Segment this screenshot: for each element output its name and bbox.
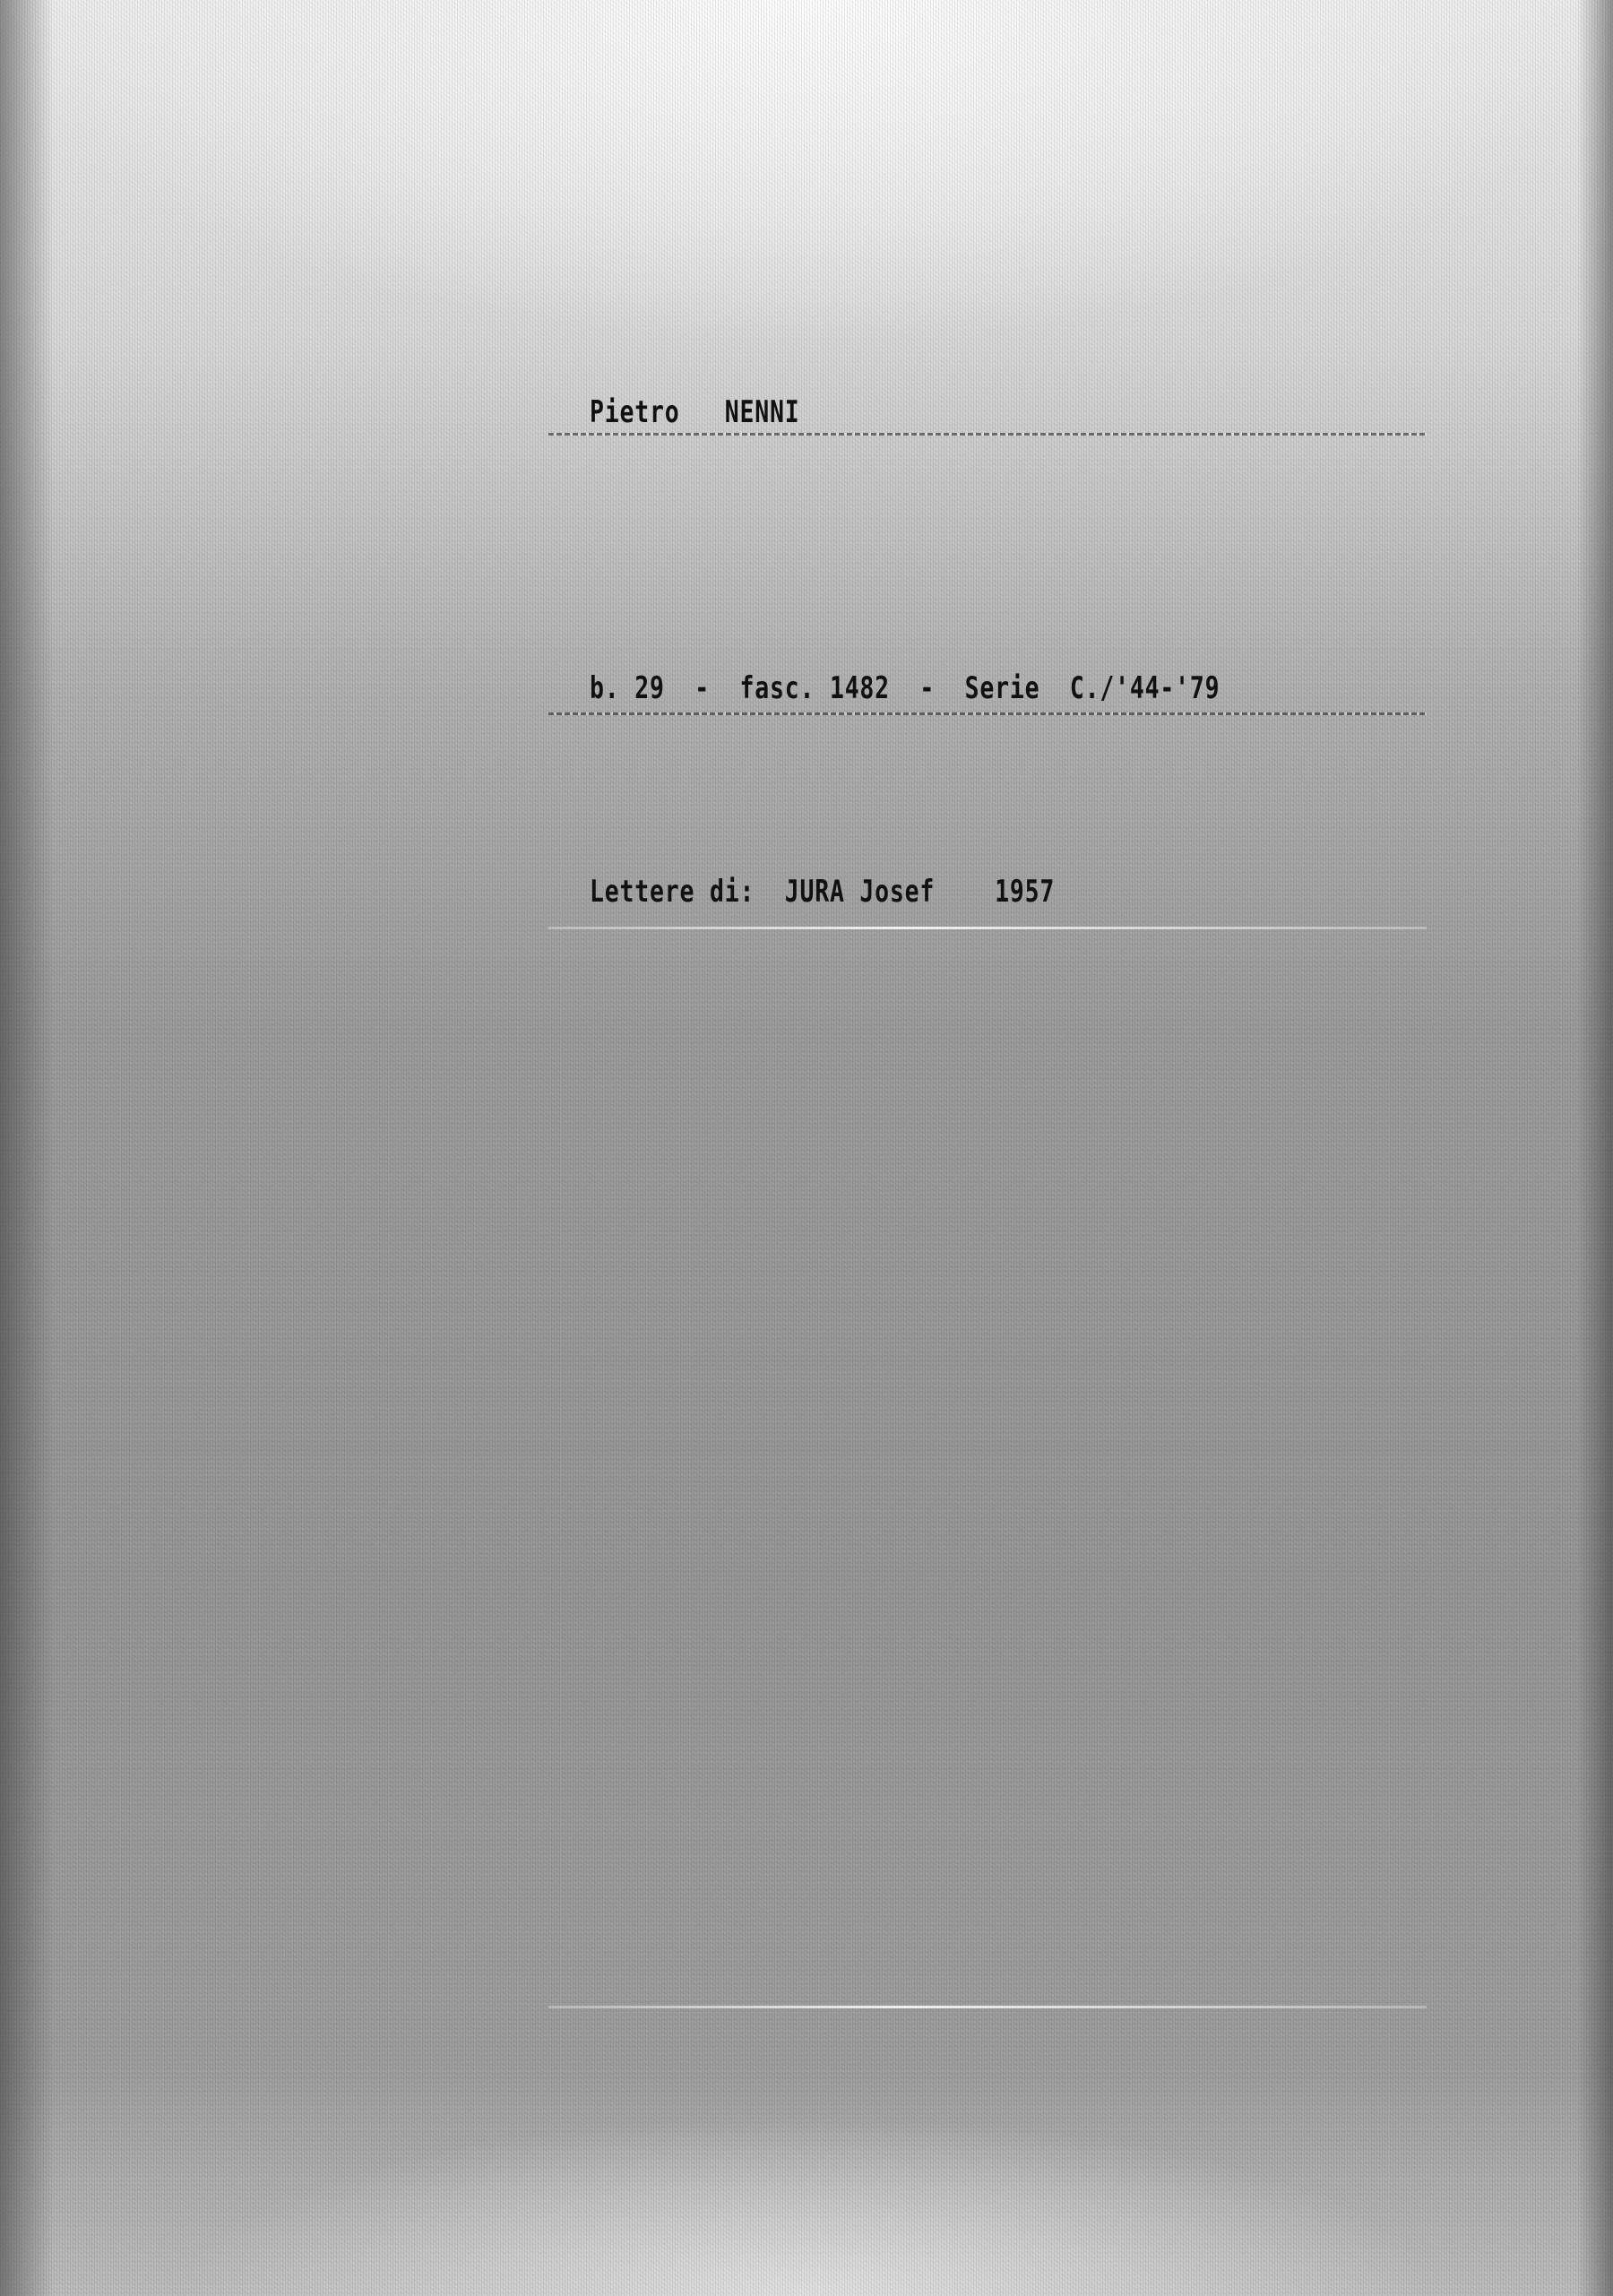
archive-heading: Pietro NENNI <box>590 394 799 430</box>
left-scan-edge <box>0 0 54 2296</box>
bottom-rule <box>548 2006 1427 2008</box>
right-scan-edge <box>1577 0 1613 2296</box>
reference-rule <box>548 712 1427 715</box>
scanned-folder-cover: Pietro NENNI b. 29 - fasc. 1482 - Serie … <box>0 0 1613 2296</box>
archive-reference: b. 29 - fasc. 1482 - Serie C./'44-'79 <box>590 670 1220 706</box>
subject-rule <box>548 927 1427 929</box>
archive-subject: Lettere di: JURA Josef 1957 <box>590 874 1055 910</box>
scan-noise <box>0 0 1613 2296</box>
heading-rule <box>548 433 1427 436</box>
